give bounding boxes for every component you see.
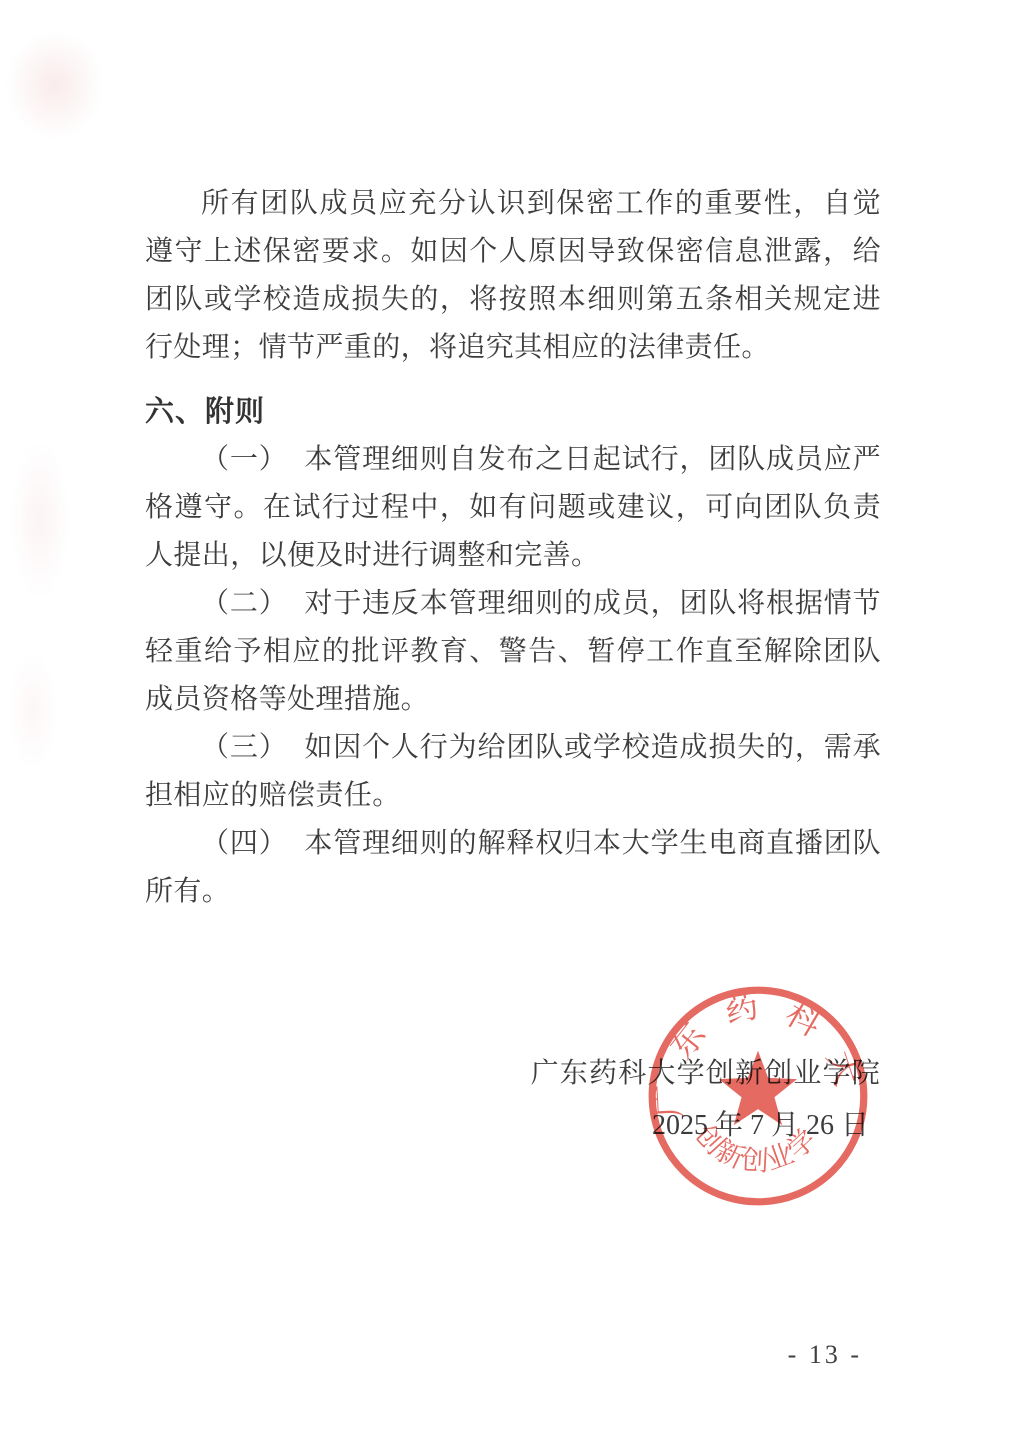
document-page: 所有团队成员应充分认识到保密工作的重要性，自觉遵守上述保密要求。如因个人原因导致… xyxy=(0,0,1024,1448)
page-number: - 13 - xyxy=(788,1340,862,1370)
paragraph-secrecy: 所有团队成员应充分认识到保密工作的重要性，自觉遵守上述保密要求。如因个人原因导致… xyxy=(145,180,881,372)
clause-4-number: （四） xyxy=(201,828,288,859)
signature-date: 2025 年 7 月 26 日 xyxy=(145,1102,869,1150)
clause-3-number: （三） xyxy=(201,732,288,763)
document-body: 所有团队成员应充分认识到保密工作的重要性，自觉遵守上述保密要求。如因个人原因导致… xyxy=(145,180,881,1150)
clause-3: （三）如因个人行为给团队或学校造成损失的，需承担相应的赔偿责任。 xyxy=(145,724,881,820)
clause-1-number: （一） xyxy=(201,444,288,475)
scan-smudge xyxy=(5,30,105,140)
clause-1: （一）本管理细则自发布之日起试行，团队成员应严格遵守。在试行过程中，如有问题或建… xyxy=(145,436,881,580)
signature-block: 广东药科大学创新创业学院 2025 年 7 月 26 日 xyxy=(145,1050,881,1150)
clause-4: （四）本管理细则的解释权归本大学生电商直播团队所有。 xyxy=(145,820,881,916)
section-heading-six: 六、附则 xyxy=(145,388,881,436)
scan-smudge xyxy=(10,440,70,600)
clause-2: （二）对于违反本管理细则的成员，团队将根据情节轻重给予相应的批评教育、警告、暂停… xyxy=(145,580,881,724)
scan-smudge xyxy=(8,650,58,770)
clause-2-number: （二） xyxy=(201,588,288,619)
signature-organization: 广东药科大学创新创业学院 xyxy=(145,1050,881,1098)
